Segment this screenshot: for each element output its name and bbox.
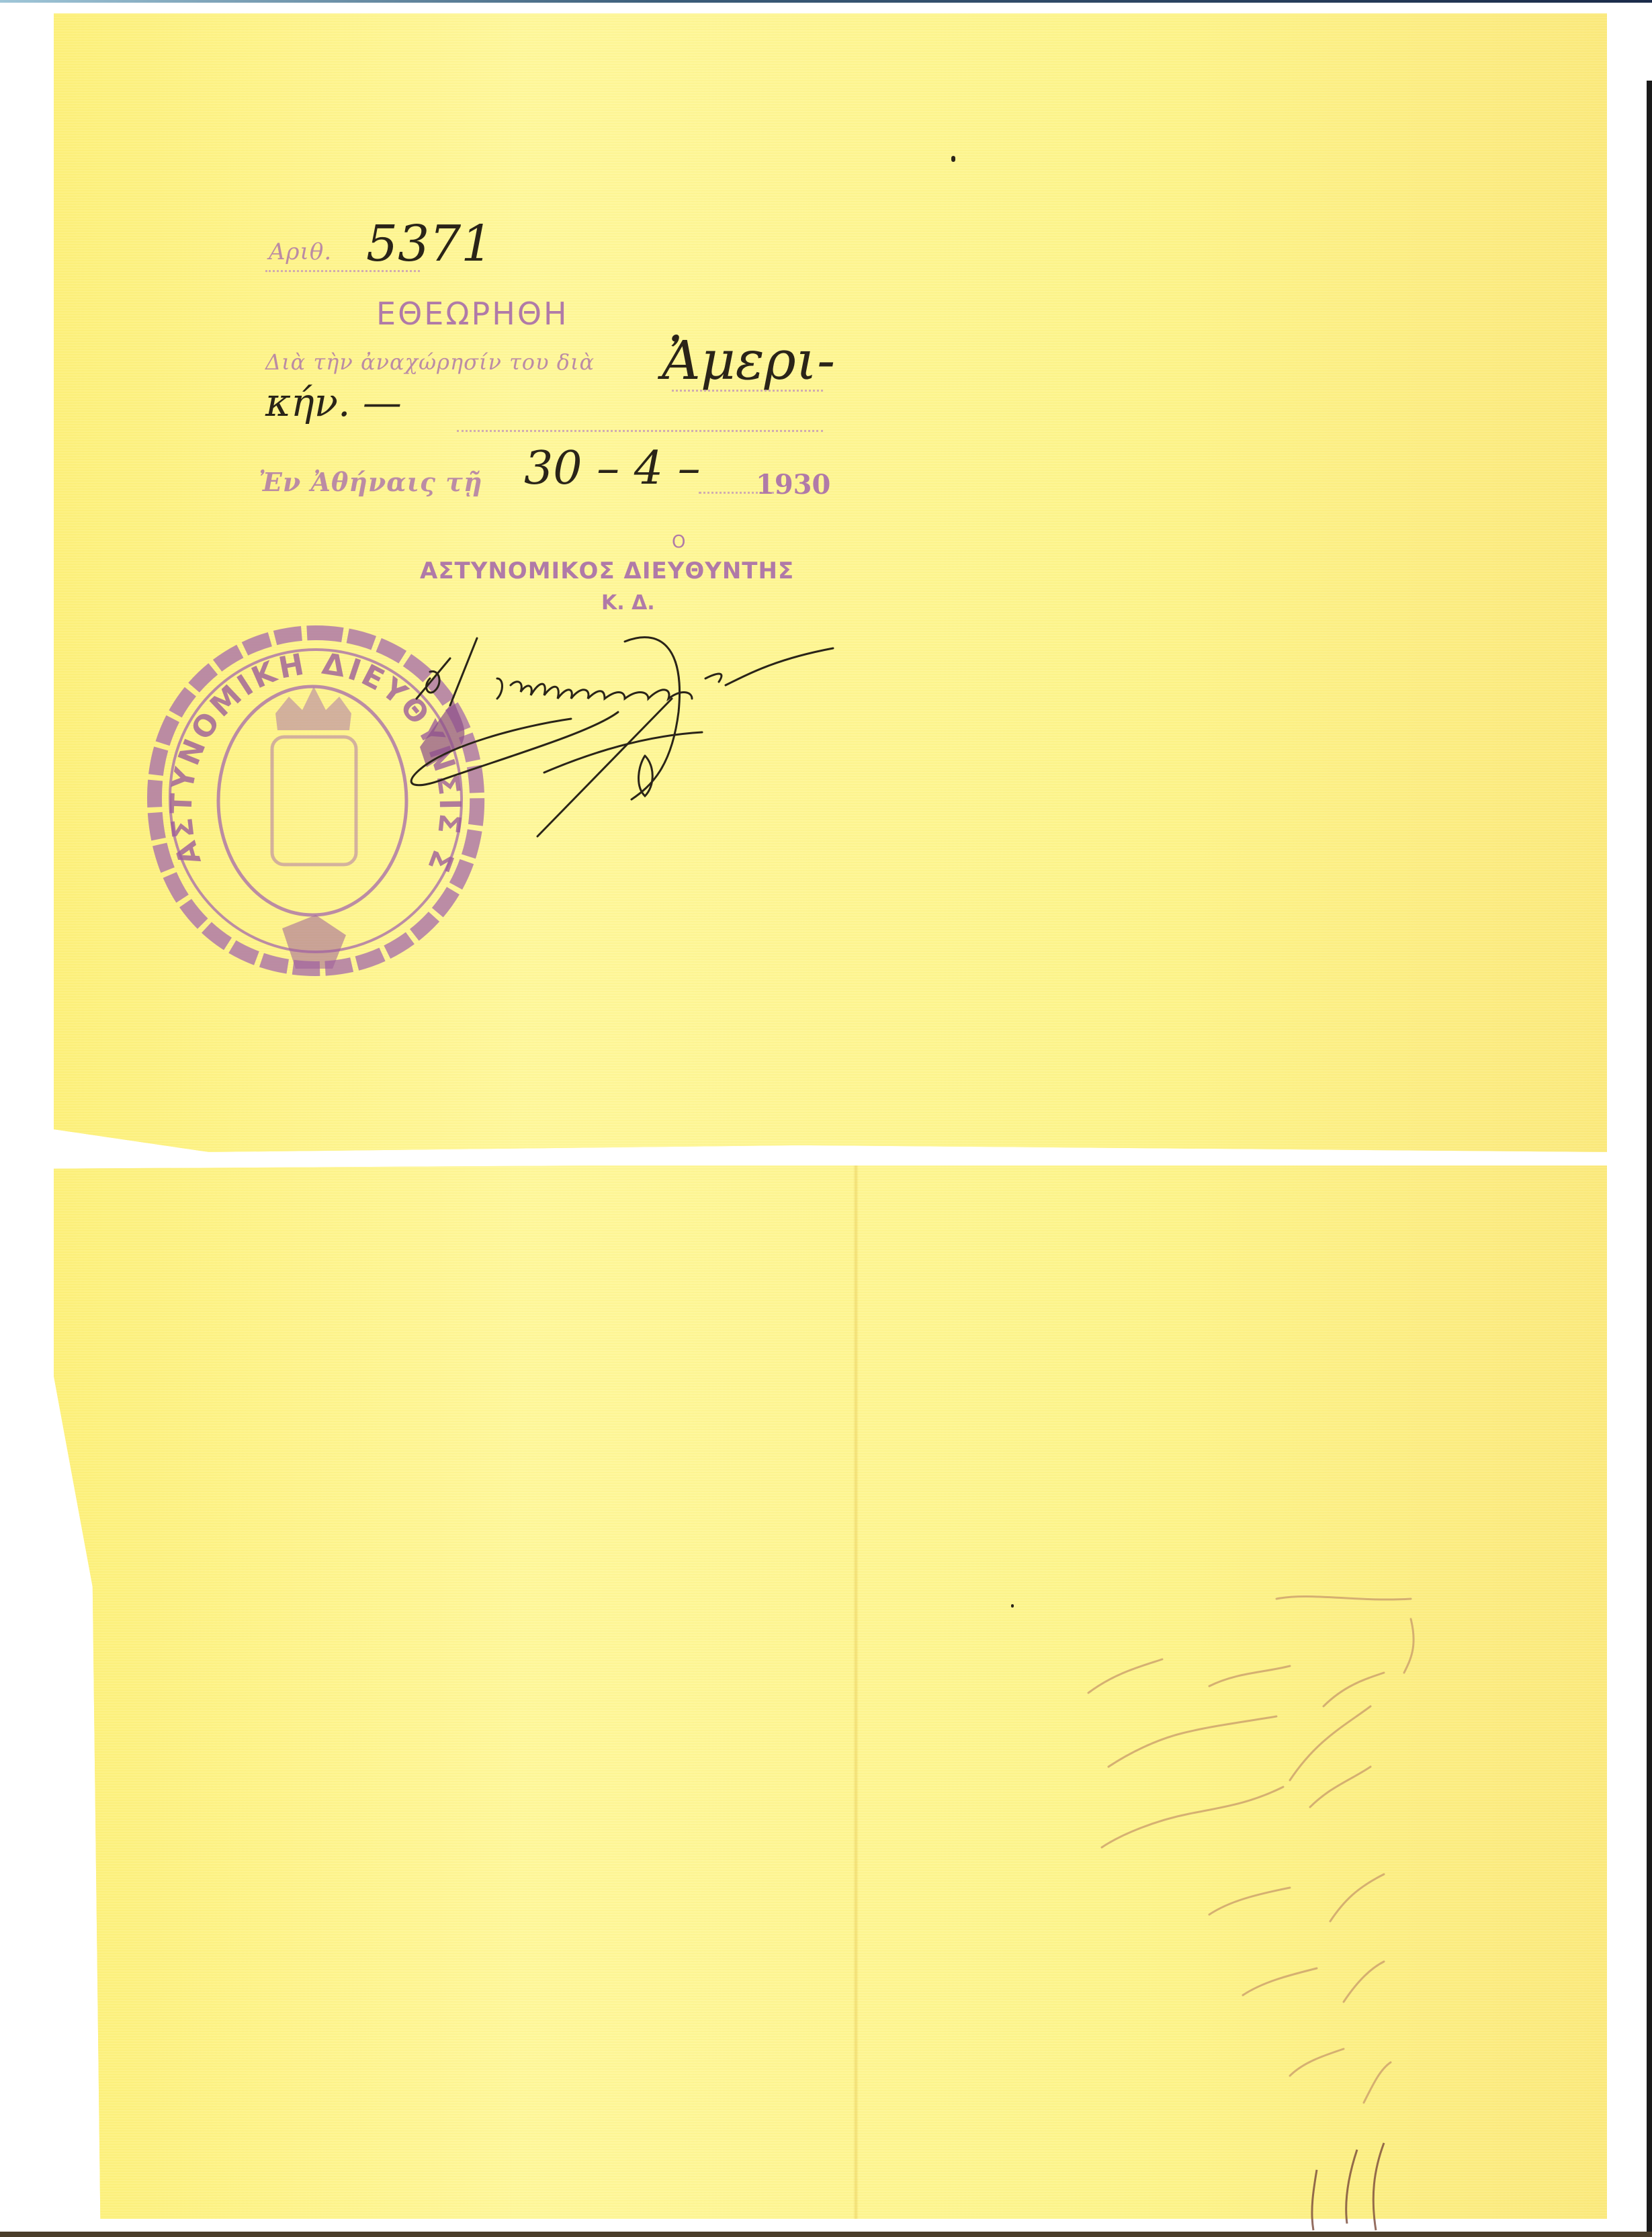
destination-handwritten-line1: Ἀμερι- bbox=[662, 329, 835, 392]
pencil-annotation-text: 36 … 3ο … bbox=[1008, 1565, 1011, 1566]
fold-crease bbox=[853, 1166, 859, 2219]
visa-stamp-title: ΕΘΕΩΡΗΘΗ bbox=[376, 296, 569, 332]
reference-label: Αριθ. bbox=[269, 238, 332, 265]
ink-speck bbox=[1011, 1604, 1014, 1608]
place-date-label: Ἐν Ἀθήναις τῇ bbox=[259, 467, 482, 497]
signature bbox=[403, 631, 974, 846]
purpose-underline-2 bbox=[457, 430, 823, 432]
crown-shield-emblem bbox=[272, 687, 356, 865]
destination-handwritten-line2: κήν. — bbox=[265, 380, 402, 425]
signatory-article: Ο bbox=[672, 532, 685, 552]
purpose-underline bbox=[672, 390, 823, 392]
scan-edge-right bbox=[1647, 81, 1652, 2237]
signatory-initials: Κ. Δ. bbox=[601, 591, 655, 615]
visa-purpose-label: Διὰ τὴν ἀναχώρησίν του διὰ bbox=[265, 349, 595, 375]
scan-edge-top bbox=[0, 0, 1652, 3]
date-handwritten: 30 – 4 – bbox=[524, 442, 701, 495]
signatory-title: ΑΣΤΥΝΟΜΙΚΟΣ ΔΙΕΥΘΥΝΤΗΣ bbox=[420, 558, 794, 584]
date-year: 1930 bbox=[756, 469, 830, 500]
reference-number: 5371 bbox=[366, 215, 492, 273]
ink-speck bbox=[951, 156, 955, 162]
reference-underline bbox=[265, 270, 420, 272]
pencil-annotation: 36 … 3ο … bbox=[1008, 1565, 1424, 2237]
